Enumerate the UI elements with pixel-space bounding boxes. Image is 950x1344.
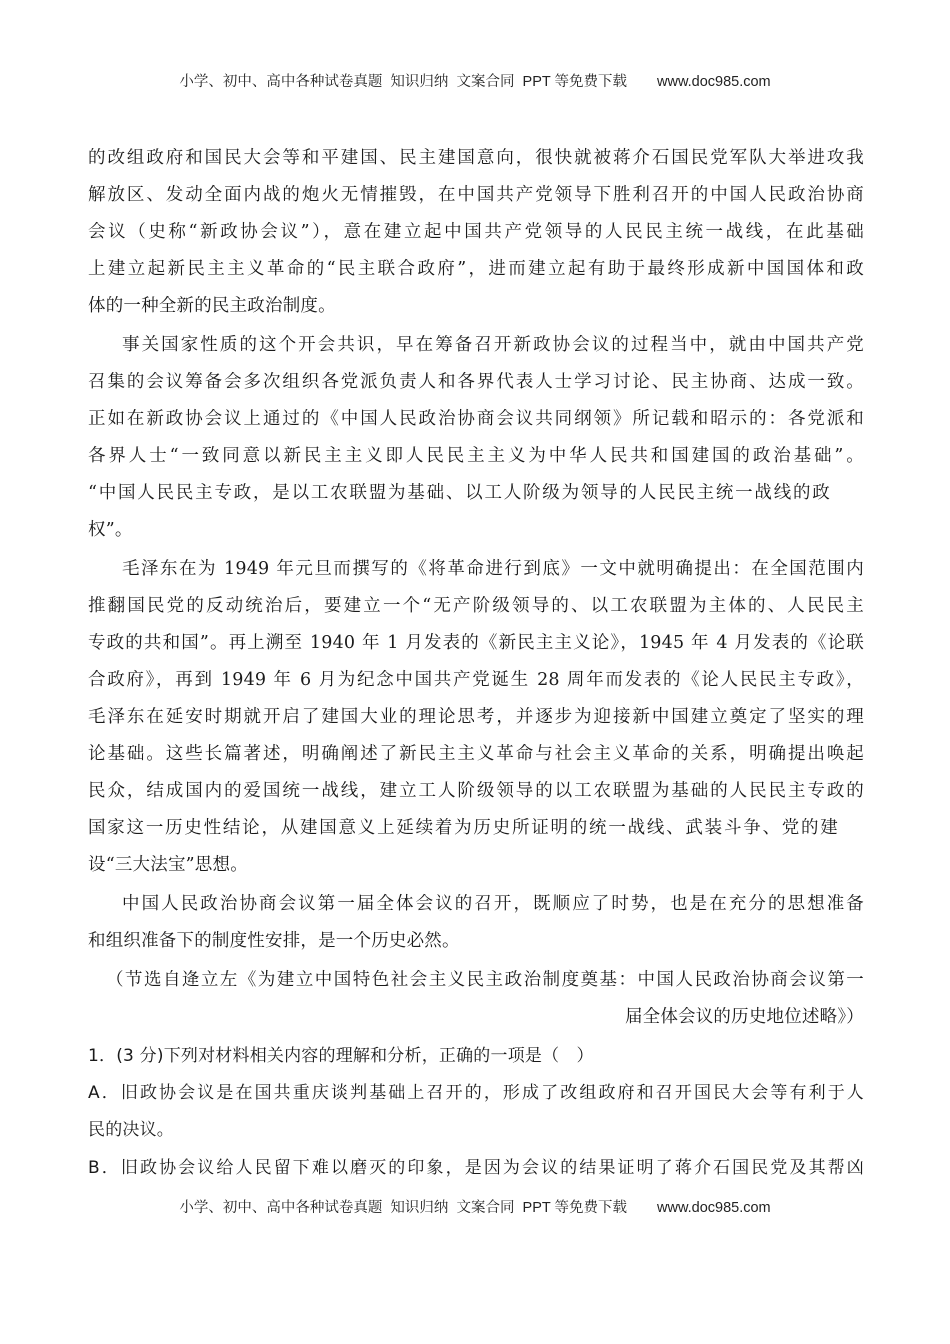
- option-a-continued: 民的决议。: [88, 1112, 174, 1149]
- body-line: 毛泽东在为 1949 年元旦而撰写的《将革命进行到底》一文中就明确提出：在全国范…: [122, 551, 864, 588]
- body-line: 会议（史称“新政协会议”），意在建立起中国共产党领导的人民民主统一战线，在此基础: [88, 214, 864, 251]
- body-line: 专政的共和国”。再上溯至 1940 年 1 月发表的《新民主主义论》，1945 …: [88, 625, 864, 662]
- body-line: 体的一种全新的民主政治制度。: [88, 288, 336, 325]
- body-line: 合政府》，再到 1949 年 6 月为纪念中国共产党诞生 28 周年而发表的《论…: [88, 662, 864, 699]
- body-line: 和组织准备下的制度性安排，是一个历史必然。: [88, 923, 460, 960]
- header-url[interactable]: www.doc985.com: [657, 74, 771, 90]
- body-line: 各界人士“一致同意以新民主主义即人民民主主义为中华人民共和国建国的政治基础”。: [88, 438, 864, 475]
- page-header: 小学、初中、高中各种试卷真题 知识归纳 文案合同 PPT 等免费下载www.do…: [0, 70, 950, 91]
- body-line: 解放区、发动全面内战的炮火无情摧毁，在中国共产党领导下胜利召开的中国人民政治协商: [88, 177, 864, 214]
- body-line: 权”。: [88, 512, 133, 549]
- footer-url[interactable]: www.doc985.com: [657, 1200, 771, 1216]
- citation-line: （节选自逄立左《为建立中国特色社会主义民主政治制度奠基：中国人民政治协商会议第一: [106, 962, 864, 999]
- option-a: A．旧政协会议是在国共重庆谈判基础上召开的，形成了改组政府和召开国民大会等有利于…: [88, 1075, 864, 1112]
- body-line: 国家这一历史性结论，从建国意义上延续着为历史所证明的统一战线、武装斗争、党的建: [88, 810, 838, 847]
- header-text: 小学、初中、高中各种试卷真题 知识归纳 文案合同 PPT 等免费下载: [179, 74, 627, 90]
- body-line: 推翻国民党的反动统治后，要建立一个“无产阶级领导的、以工农联盟为主体的、人民民主: [88, 588, 864, 625]
- question-stem: 1．(3 分)下列对材料相关内容的理解和分析，正确的一项是（ ）: [88, 1038, 594, 1075]
- body-line: 上建立起新民主主义革命的“民主联合政府”，进而建立起有助于最终形成新中国国体和政: [88, 251, 864, 288]
- body-line: 的改组政府和国民大会等和平建国、民主建国意向，很快就被蒋介石国民党军队大举进攻我: [88, 140, 864, 177]
- body-line: 论基础。这些长篇著述，明确阐述了新民主主义革命与社会主义革命的关系，明确提出唤起: [88, 736, 864, 773]
- body-line: 民众，结成国内的爱国统一战线，建立工人阶级领导的以工农联盟为基础的人民民主专政的: [88, 773, 864, 810]
- body-line: 正如在新政协会议上通过的《中国人民政治协商会议共同纲领》所记载和昭示的：各党派和: [88, 401, 864, 438]
- option-b: B．旧政协会议给人民留下难以磨灭的印象，是因为会议的结果证明了蒋介石国民党及其帮…: [88, 1150, 864, 1187]
- body-line: “中国人民民主专政，是以工农联盟为基础、以工人阶级为领导的人民民主统一战线的政: [88, 475, 830, 512]
- footer-text: 小学、初中、高中各种试卷真题 知识归纳 文案合同 PPT 等免费下载: [179, 1200, 627, 1216]
- body-line: 事关国家性质的这个开会共识，早在筹备召开新政协会议的过程当中，就由中国共产党: [122, 327, 864, 364]
- body-line: 设“三大法宝”思想。: [88, 847, 248, 884]
- page-footer: 小学、初中、高中各种试卷真题 知识归纳 文案合同 PPT 等免费下载www.do…: [0, 1196, 950, 1217]
- body-line: 毛泽东在延安时期就开启了建国大业的理论思考，并逐步为迎接新中国建立奠定了坚实的理: [88, 699, 864, 736]
- citation-line: 届全体会议的历史地位述略》）: [625, 999, 864, 1036]
- body-line: 召集的会议筹备会多次组织各党派负责人和各界代表人士学习讨论、民主协商、达成一致。: [88, 364, 864, 401]
- body-line: 中国人民政治协商会议第一届全体会议的召开，既顺应了时势，也是在充分的思想准备: [122, 886, 864, 923]
